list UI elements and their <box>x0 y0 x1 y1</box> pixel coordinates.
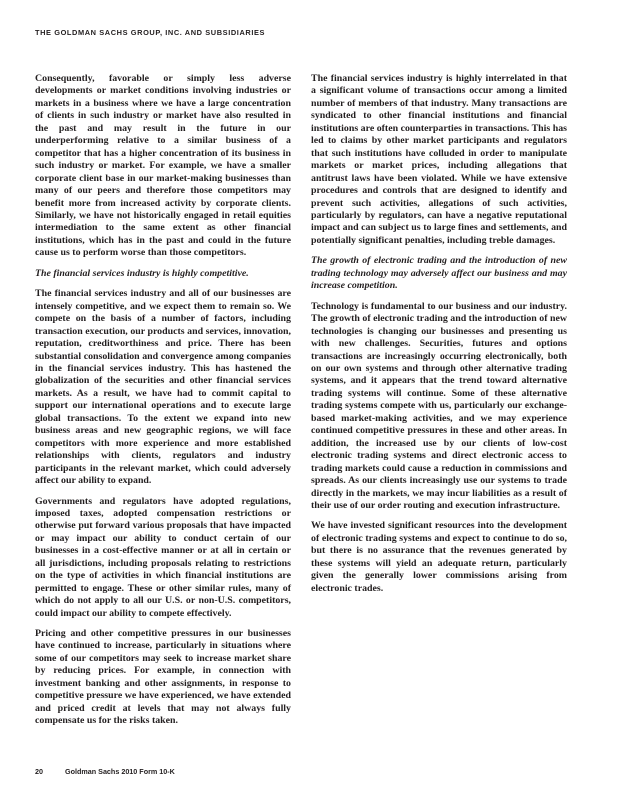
paragraph: Consequently, favorable or simply less a… <box>35 73 291 260</box>
page-footer: 20 Goldman Sachs 2010 Form 10-K <box>35 767 175 776</box>
running-header: THE GOLDMAN SACHS GROUP, INC. AND SUBSID… <box>35 28 265 37</box>
paragraph: The financial services industry is highl… <box>311 73 567 247</box>
paragraph: The financial services industry and all … <box>35 288 291 487</box>
left-column: Consequently, favorable or simply less a… <box>35 73 291 736</box>
section-heading: The growth of electronic trading and the… <box>311 255 567 292</box>
publication-title: Goldman Sachs 2010 Form 10-K <box>65 767 175 776</box>
paragraph: Pricing and other competitive pressures … <box>35 628 291 728</box>
page-number: 20 <box>35 767 63 776</box>
paragraph: We have invested significant resources i… <box>311 520 567 595</box>
section-heading: The financial services industry is highl… <box>35 268 291 280</box>
right-column: The financial services industry is highl… <box>311 73 567 603</box>
paragraph: Governments and regulators have adopted … <box>35 496 291 621</box>
paragraph: Technology is fundamental to our busines… <box>311 301 567 513</box>
